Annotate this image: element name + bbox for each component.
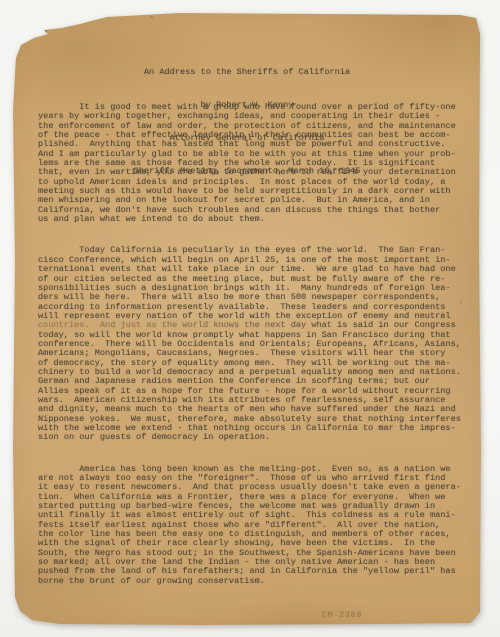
- document-body: It is good to meet with a group who have…: [38, 103, 470, 608]
- document-page: An Address to the Sheriffs of California…: [0, 0, 500, 637]
- paper-speck: [460, 300, 462, 303]
- document-title: An Address to the Sheriffs of California: [14, 67, 480, 78]
- page-reference-number: CM-2389: [322, 610, 362, 620]
- paragraph-2: Today California is peculiarly in the ey…: [38, 246, 470, 442]
- paragraph-1: It is good to meet with a group who have…: [38, 103, 470, 224]
- paper-speck: [150, 16, 153, 18]
- paragraph-3: America has long been known as the melti…: [38, 465, 470, 586]
- scan-background: An Address to the Sheriffs of California…: [0, 0, 500, 637]
- paper-texture: An Address to the Sheriffs of California…: [0, 0, 500, 637]
- paper-speck: [43, 30, 47, 33]
